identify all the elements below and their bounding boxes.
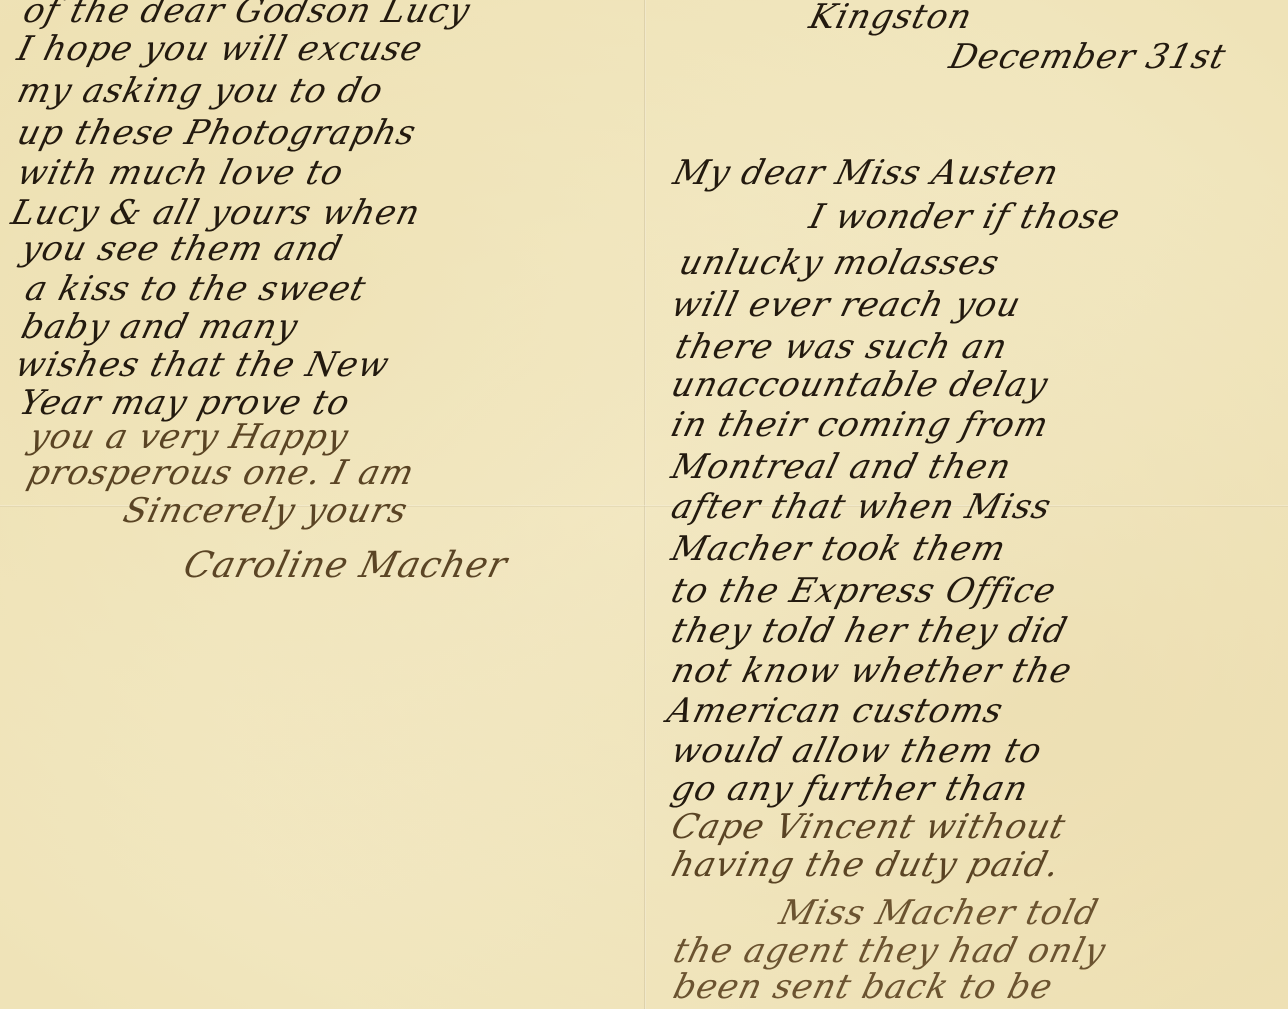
right-line-5: unaccountable delay <box>668 368 1052 402</box>
left-line-6: Lucy & all yours when <box>8 196 424 230</box>
right-line-4: there was such an <box>672 330 1011 364</box>
right-line-1: I wonder if those <box>806 200 1124 234</box>
left-line-10: wishes that the New <box>12 348 393 382</box>
left-line-8: a kiss to the sweet <box>22 272 370 306</box>
right-line-10: to the Express Office <box>668 574 1060 608</box>
left-line-11: Year may prove to <box>16 386 354 420</box>
right-line-11: they told her they did <box>668 614 1071 648</box>
right-line-12: not know whether the <box>668 654 1076 688</box>
right-line-14: would allow them to <box>668 734 1046 768</box>
left-line-5: with much love to <box>14 156 347 190</box>
right-line-13: American customs <box>664 694 1007 728</box>
letter-date: December 31st <box>946 40 1230 74</box>
right-line-9: Macher took them <box>668 532 1010 566</box>
left-line-7: you see them and <box>18 232 346 266</box>
right-line-19: the agent they had only <box>670 934 1109 968</box>
right-line-2: unlucky molasses <box>676 246 1003 280</box>
salutation: My dear Miss Austen <box>670 156 1063 190</box>
letter-scan: of the dear Godson Lucy I hope you will … <box>0 0 1288 1009</box>
letter-place: Kingston <box>806 0 976 34</box>
closing-line: Sincerely yours <box>120 494 411 528</box>
signature: Caroline Macher <box>180 548 511 584</box>
right-line-6: in their coming from <box>668 408 1052 442</box>
left-line-3: my asking you to do <box>14 74 387 108</box>
right-line-20: been sent back to be <box>670 970 1056 1004</box>
right-line-3: will ever reach you <box>668 288 1024 322</box>
right-line-15: go any further than <box>668 772 1032 806</box>
right-line-16: Cape Vincent without <box>668 810 1069 844</box>
left-line-13: prosperous one. I am <box>24 456 418 490</box>
left-line-12: you a very Happy <box>26 420 352 454</box>
right-line-17: having the duty paid. <box>668 848 1064 882</box>
right-page: Kingston December 31st My dear Miss Aust… <box>646 0 1288 1009</box>
left-line-9: baby and many <box>18 310 302 344</box>
left-line-4: up these Photographs <box>14 116 420 150</box>
right-line-7: Montreal and then <box>668 450 1015 484</box>
right-line-18: Miss Macher told <box>776 896 1102 930</box>
left-page: of the dear Godson Lucy I hope you will … <box>0 0 644 1009</box>
left-line-1: of the dear Godson Lucy <box>20 0 474 28</box>
left-line-2: I hope you will excuse <box>14 32 427 66</box>
right-line-8: after that when Miss <box>668 490 1055 524</box>
